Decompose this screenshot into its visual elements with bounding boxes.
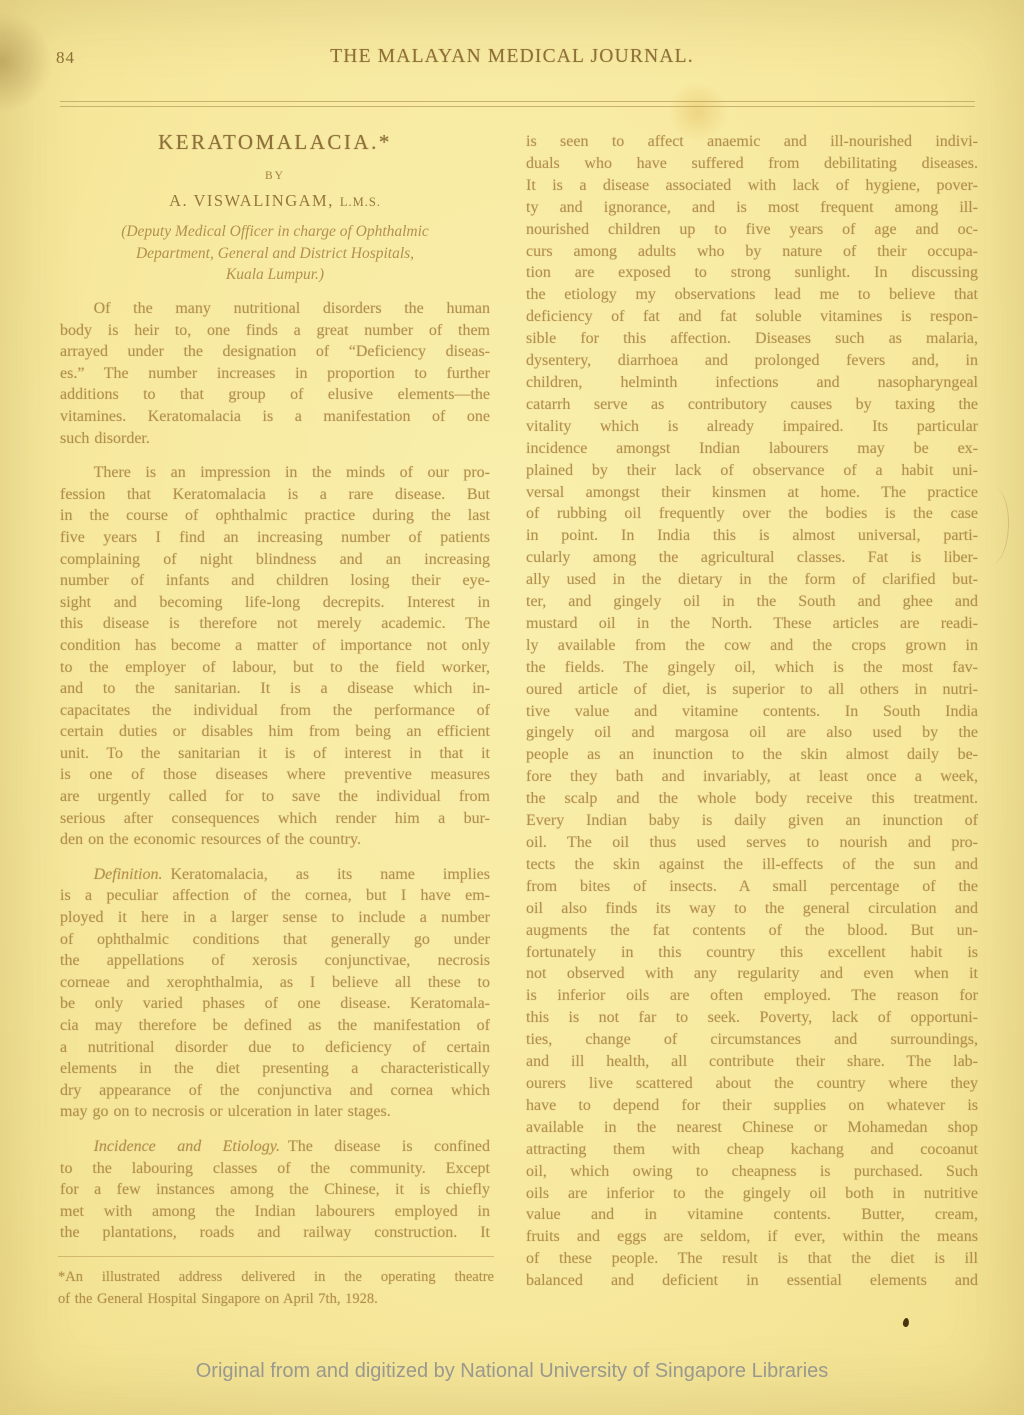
text-line: arrayed under the designation of “Defici… bbox=[60, 341, 490, 363]
text-line: incidence amongst Indian labourers may b… bbox=[526, 438, 978, 460]
incidence-lines: to the labouring classes of the communit… bbox=[60, 1158, 490, 1244]
text-line: attracting them with cheap kachang and c… bbox=[526, 1139, 978, 1161]
text-line: to the employer of labour, but to the fi… bbox=[60, 657, 490, 679]
text-line: nourished children up to five years of a… bbox=[526, 219, 978, 241]
text-line: Of the many nutritional disorders the hu… bbox=[60, 298, 490, 320]
text-line: body is heir to, one finds a great numbe… bbox=[60, 320, 490, 342]
text-line: five years I find an increasing number o… bbox=[60, 527, 490, 549]
text-line: sible for this affection. Diseases such … bbox=[526, 328, 978, 350]
definition-lead: Definition. bbox=[94, 866, 163, 883]
digitization-caption: Original from and digitized by National … bbox=[0, 1360, 1024, 1383]
text-line: ployed it here in a larger sense to incl… bbox=[60, 907, 490, 929]
text-line: of these people. The result is that the … bbox=[526, 1248, 978, 1270]
text-line: fortunately in this country this excelle… bbox=[526, 942, 978, 964]
right-column-text: is seen to affect anaemic and ill-nouris… bbox=[526, 131, 978, 1292]
paragraph-intro: Of the many nutritional disorders the hu… bbox=[60, 298, 490, 449]
text-line: augments the fat contents of the blood. … bbox=[526, 920, 978, 942]
text-line: the fields. The gingely oil, which is th… bbox=[526, 657, 978, 679]
text-line: Keratomalacia, as its name implies bbox=[170, 866, 490, 883]
text-line: from bites of insects. A small percentag… bbox=[526, 876, 978, 898]
left-column-body: Of the many nutritional disorders the hu… bbox=[60, 298, 490, 1257]
article-title-block: KERATOMALACIA.* BY A. VISWALINGAM,L.M.S.… bbox=[60, 130, 490, 286]
text-line: elements in the diet presenting a charac… bbox=[60, 1058, 490, 1080]
affiliation-line: Kuala Lumpur.) bbox=[60, 264, 490, 286]
text-line: in point. In India this is almost univer… bbox=[526, 525, 978, 547]
text-line: are urgently called for to save the indi… bbox=[60, 786, 490, 808]
affiliation-line: (Deputy Medical Officer in charge of Oph… bbox=[60, 221, 490, 243]
text-line: be only varied phases of one disease. Ke… bbox=[60, 993, 490, 1015]
text-line: cia may therefore be defined as the mani… bbox=[60, 1015, 490, 1037]
text-line: balanced and deficient in essential elem… bbox=[526, 1270, 978, 1292]
text-line: curs among adults who by nature of their… bbox=[526, 241, 978, 263]
text-line: ter, and gingely oil in the South and gh… bbox=[526, 591, 978, 613]
text-line: available in the nearest Chinese or Moha… bbox=[526, 1117, 978, 1139]
text-line: ally used in the dietary in the form of … bbox=[526, 569, 978, 591]
text-line: the etiology my observations lead me to … bbox=[526, 284, 978, 306]
text-line: value and in vitamine contents. Butter, … bbox=[526, 1204, 978, 1226]
text-line: corneae and xerophthalmia, as I believe … bbox=[60, 972, 490, 994]
text-line: plained by their lack of observance of a… bbox=[526, 460, 978, 482]
text-line: is seen to affect anaemic and ill-nouris… bbox=[526, 131, 978, 153]
text-line: met with among the Indian labourers empl… bbox=[60, 1201, 490, 1223]
text-line: people as an inunction to the skin almos… bbox=[526, 744, 978, 766]
text-line: a nutritional disorder due to deficiency… bbox=[60, 1037, 490, 1059]
text-line: oils are inferior to the gingely oil bot… bbox=[526, 1183, 978, 1205]
text-line: the plantations, roads and railway const… bbox=[60, 1222, 490, 1244]
text-line: duals who have suffered from debilitatin… bbox=[526, 153, 978, 175]
article-title: KERATOMALACIA.* bbox=[60, 130, 490, 155]
text-line: mustard oil in the North. These articles… bbox=[526, 613, 978, 635]
text-line: condition has become a matter of importa… bbox=[60, 635, 490, 657]
right-column: is seen to affect anaemic and ill-nouris… bbox=[526, 131, 978, 1305]
text-line: oured article of diet, is superior to al… bbox=[526, 679, 978, 701]
margin-pencil-mark bbox=[991, 487, 1011, 566]
text-line: of the General Hospital Singapore on Apr… bbox=[58, 1289, 494, 1311]
text-line: vitality which is already impaired. Its … bbox=[526, 416, 978, 438]
text-line: versal amongst their kinsmen at home. Th… bbox=[526, 482, 978, 504]
text-line: gingely oil and margosa oil are also use… bbox=[526, 722, 978, 744]
text-line: oil. The oil thus used serves to nourish… bbox=[526, 832, 978, 854]
text-line: oil, which owing to cheapness is purchas… bbox=[526, 1161, 978, 1183]
text-line: in the course of ophthalmic practice dur… bbox=[60, 505, 490, 527]
text-line: There is an impression in the minds of o… bbox=[60, 462, 490, 484]
text-line: additions to that group of elusive eleme… bbox=[60, 384, 490, 406]
text-line: certain duties or disables him from bein… bbox=[60, 721, 490, 743]
author-name: A. VISWALINGAM, bbox=[169, 191, 334, 210]
text-line: ty and ignorance, and is most frequent a… bbox=[526, 197, 978, 219]
text-line: den on the economic resources of the cou… bbox=[60, 829, 490, 851]
author-affiliation: (Deputy Medical Officer in charge of Oph… bbox=[60, 221, 490, 286]
text-line: is a peculiar affection of the cornea, b… bbox=[60, 885, 490, 907]
text-line: The disease is confined bbox=[288, 1138, 490, 1155]
text-line: the appellations of xerosis conjunctivae… bbox=[60, 950, 490, 972]
text-line: not observed with any regularity and eve… bbox=[526, 963, 978, 985]
text-line: tects the skin against the ill-effects o… bbox=[526, 854, 978, 876]
text-line: dysentery, diarrhoea and prolonged fever… bbox=[526, 350, 978, 372]
text-line: ourers live scattered about the country … bbox=[526, 1073, 978, 1095]
text-line: is one of those diseases where preventiv… bbox=[60, 764, 490, 786]
scanned-journal-page: 84 THE MALAYAN MEDICAL JOURNAL. KERATOMA… bbox=[0, 0, 1024, 1415]
incidence-lead: Incidence and Etiology. bbox=[94, 1138, 280, 1155]
text-line: vitamines. Keratomalacia is a manifestat… bbox=[60, 406, 490, 428]
ink-speck bbox=[902, 1318, 909, 1328]
text-line: ly available from the cow and the crops … bbox=[526, 635, 978, 657]
text-line: deficiency of fat and fat soluble vitami… bbox=[526, 306, 978, 328]
paragraph-impression: There is an impression in the minds of o… bbox=[60, 462, 490, 851]
text-line: oil also finds its way to the general ci… bbox=[526, 898, 978, 920]
text-line: serious after consequences which render … bbox=[60, 808, 490, 830]
header-double-rule bbox=[60, 101, 975, 107]
text-line: have to depend for their supplies on wha… bbox=[526, 1095, 978, 1117]
paragraph-definition: Definition.Keratomalacia, as its name im… bbox=[60, 864, 490, 1123]
text-line: fore they bath and invariably, at least … bbox=[526, 766, 978, 788]
text-line: may go on to necrosis or ulceration in l… bbox=[60, 1101, 490, 1123]
paragraph-incidence-etiology: Incidence and Etiology.The disease is co… bbox=[60, 1136, 490, 1244]
text-line: fession that Keratomalacia is a rare dis… bbox=[60, 484, 490, 506]
text-line: to the labouring classes of the communit… bbox=[60, 1158, 490, 1180]
byline-label: BY bbox=[60, 170, 490, 182]
text-line: is inferior oils are often employed. The… bbox=[526, 985, 978, 1007]
text-line: and ill health, all contribute their sha… bbox=[526, 1051, 978, 1073]
text-line: catarrh serve as contributory causes by … bbox=[526, 394, 978, 416]
text-line: Definition.Keratomalacia, as its name im… bbox=[60, 864, 490, 886]
text-line: sight and becoming life-long decrepits. … bbox=[60, 592, 490, 614]
text-line: complaining of night blindness and an in… bbox=[60, 549, 490, 571]
text-line: tive value and vitamine contents. In Sou… bbox=[526, 701, 978, 723]
text-line: for a few instances among the Chinese, i… bbox=[60, 1179, 490, 1201]
text-line: children, helminth infections and nasoph… bbox=[526, 372, 978, 394]
text-line: the scalp and the whole body receive thi… bbox=[526, 788, 978, 810]
text-line: fruits and eggs are seldom, if ever, wit… bbox=[526, 1226, 978, 1248]
text-line: Every Indian baby is daily given an inun… bbox=[526, 810, 978, 832]
text-line: unit. To the sanitarian it is of interes… bbox=[60, 743, 490, 765]
definition-lines: is a peculiar affection of the cornea, b… bbox=[60, 885, 490, 1123]
text-line: this is not far to seek. Poverty, lack o… bbox=[526, 1007, 978, 1029]
affiliation-line: Department, General and District Hospita… bbox=[60, 243, 490, 265]
footnote: *An illustrated address delivered in the… bbox=[58, 1256, 494, 1323]
text-line: es.” The number increases in proportion … bbox=[60, 363, 490, 385]
text-line: *An illustrated address delivered in the… bbox=[58, 1267, 494, 1289]
author-line: A. VISWALINGAM,L.M.S. bbox=[60, 191, 490, 211]
author-credentials: L.M.S. bbox=[340, 195, 381, 209]
text-line: and to the sanitarian. It is a disease w… bbox=[60, 678, 490, 700]
text-line: number of infants and children losing th… bbox=[60, 570, 490, 592]
text-line: ties, change of circumstances and surrou… bbox=[526, 1029, 978, 1051]
text-line: this disease is therefore not merely aca… bbox=[60, 613, 490, 635]
text-line: capacitates the individual from the perf… bbox=[60, 700, 490, 722]
text-line: of rubbing oil frequently over the bodie… bbox=[526, 503, 978, 525]
text-line: such disorder. bbox=[60, 428, 490, 450]
text-line: cularly among the agricultural classes. … bbox=[526, 547, 978, 569]
footnote-text: *An illustrated address delivered in the… bbox=[58, 1267, 494, 1310]
text-line: tion are exposed to strong sunlight. In … bbox=[526, 262, 978, 284]
journal-title: THE MALAYAN MEDICAL JOURNAL. bbox=[0, 46, 1024, 68]
text-line: of ophthalmic conditions that generally … bbox=[60, 929, 490, 951]
text-line: Incidence and Etiology.The disease is co… bbox=[60, 1136, 490, 1158]
text-line: dry appearance of the conjunctiva and co… bbox=[60, 1080, 490, 1102]
text-line: It is a disease associated with lack of … bbox=[526, 175, 978, 197]
